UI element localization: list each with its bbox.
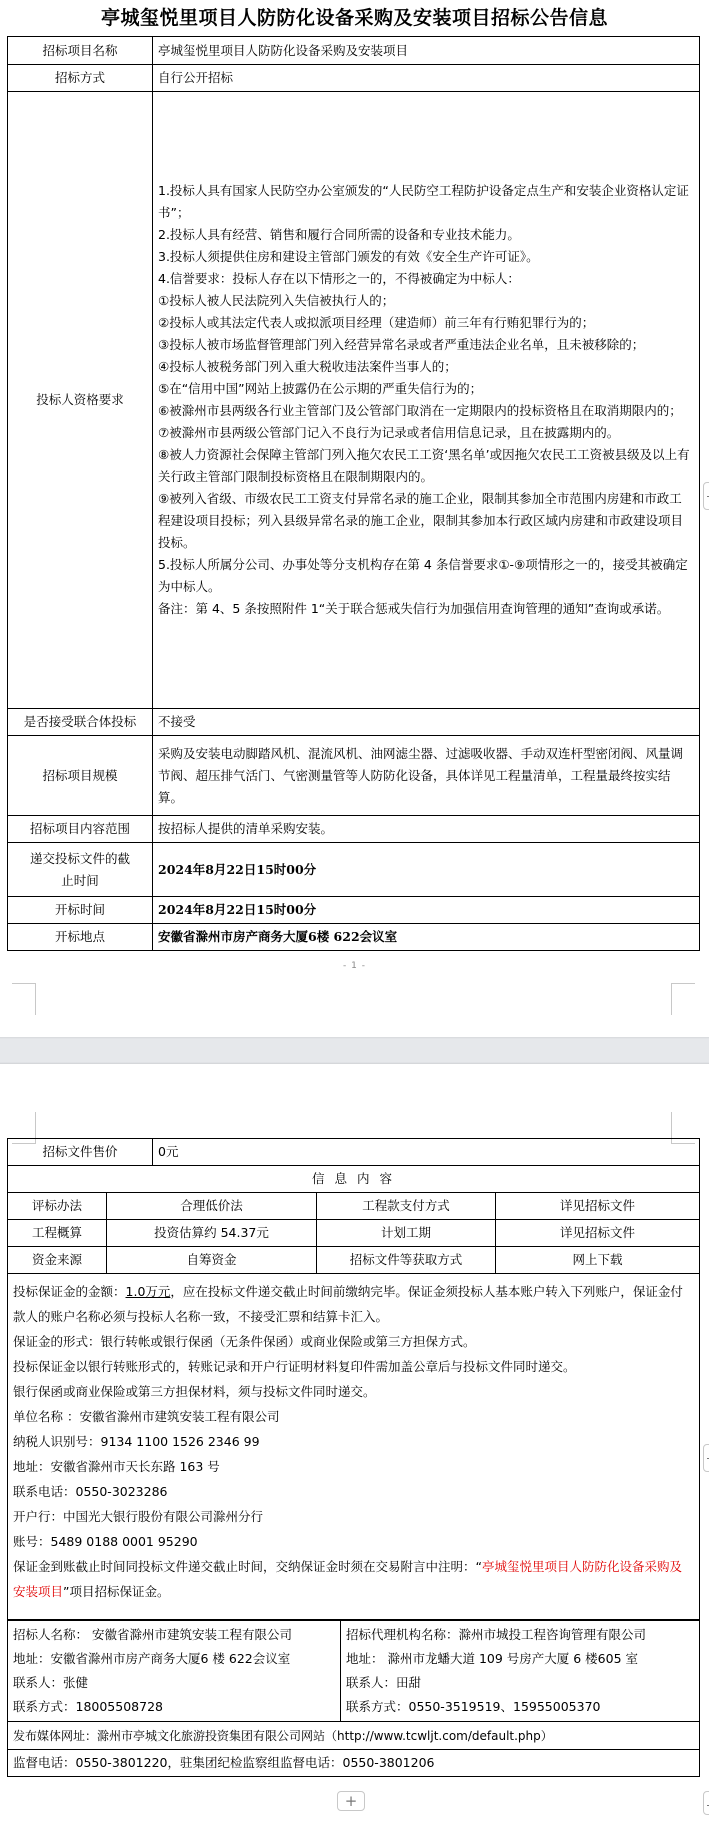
document-page-1: 亭城玺悦里项目人防防化设备采购及安装项目招标公告信息 招标项目名称 亭城玺悦里项…	[0, 0, 709, 1037]
page-number: - 1 -	[0, 961, 709, 971]
deposit-amount: 1.0万元	[126, 1284, 171, 1299]
page-corner-mark	[671, 983, 695, 1015]
qualification-line: ②投标人或其法定代表人或拟派项目经理（建造师）前三年有行贿犯罪行为的；	[158, 312, 694, 334]
deadline-label: 递交投标文件的截止时间	[8, 843, 153, 897]
page-separator	[0, 1037, 709, 1064]
row-value: 自行公开招标	[153, 65, 700, 92]
deposit-line: 单位名称 ：安徽省滁州市建筑安装工程有限公司	[13, 1404, 694, 1429]
info-cell: 网上下载	[496, 1247, 700, 1274]
qualification-line: ⑤在“信用中国”网站上披露仍在公示期的严重失信行为的；	[158, 378, 694, 400]
table-row: 工程概算 投资估算约 54.37元 计划工期 详见招标文件	[8, 1220, 700, 1247]
side-collapse-button[interactable]	[703, 1444, 709, 1472]
deposit-line: 保证金的形式：银行转帐或银行保函（无条件保函）或商业保险或第三方担保方式。	[13, 1329, 694, 1354]
deposit-line: 联系电话：0550-3023286	[13, 1479, 694, 1504]
tenderer-name: 招标人名称： 安徽省滁州市建筑安装工程有限公司	[13, 1623, 335, 1647]
table-row: 递交投标文件的截止时间 2024年8月22日15时00分	[8, 843, 700, 897]
side-collapse-button[interactable]	[703, 482, 709, 510]
deposit-note-prefix: 保证金到账截止时间同投标文件递交截止时间，交纳保证金时须在交易附言中注明：“	[13, 1559, 482, 1574]
deposit-line: 纳税人识别号：9134 1100 1526 2346 99	[13, 1429, 694, 1454]
info-cell: 资金来源	[8, 1247, 107, 1274]
tenderer-phone: 联系方式：18005508728	[13, 1695, 335, 1719]
publish-media: 发布媒体网址：滁州市亭城文化旅游投资集团有限公司网站（http://www.tc…	[8, 1722, 700, 1750]
qualification-label: 投标人资格要求	[8, 92, 153, 709]
consortium-value: 不接受	[153, 709, 700, 736]
opening-place-label: 开标地点	[8, 924, 153, 951]
table-row: 招标文件售价 0元	[8, 1139, 700, 1166]
deposit-line: 银行保函或商业保险或第三方担保材料，须与投标文件同时递交。	[13, 1379, 694, 1404]
qualification-line: ①投标人被人民法院列入失信被执行人的；	[158, 290, 694, 312]
qualification-line: ⑨被列入省级、市级农民工工资支付异常名录的施工企业，限制其参加全市范围内房建和市…	[158, 488, 694, 554]
info-cell: 详见招标文件	[496, 1193, 700, 1220]
supervision-phone: 监督电话：0550-3801220，驻集团纪检监察组监督电话：0550-3801…	[8, 1750, 700, 1777]
table-row: 投标人资格要求 1.投标人具有国家人民防空办公室颁发的“人民防空工程防护设备定点…	[8, 92, 700, 709]
scope-label: 招标项目内容范围	[8, 816, 153, 843]
info-cell: 工程概算	[8, 1220, 107, 1247]
info-cell: 自筹资金	[107, 1247, 317, 1274]
side-corner-button[interactable]	[703, 1791, 709, 1815]
qualification-line: 2.投标人具有经营、销售和履行合同所需的设备和专业技术能力。	[158, 224, 694, 246]
opening-time-value: 2024年8月22日15时00分	[153, 897, 700, 924]
price-label: 招标文件售价	[8, 1139, 153, 1166]
info-cell: 详见招标文件	[496, 1220, 700, 1247]
deposit-info: 投标保证金的金额：1.0万元，应在投标文件递交截止时间前缴纳完毕。保证金须投标人…	[8, 1274, 700, 1621]
agent-name: 招标代理机构名称：滁州市城投工程咨询管理有限公司	[346, 1623, 694, 1647]
document-page-2: 招标文件售价 0元 信 息 内 容 评标办法 合理低价法 工程款支付方式 详见招…	[0, 1064, 709, 1823]
consortium-label: 是否接受联合体投标	[8, 709, 153, 736]
deposit-note: 保证金到账截止时间同投标文件递交截止时间，交纳保证金时须在交易附言中注明：“亭城…	[13, 1554, 694, 1604]
scale-value: 采购及安装电动脚踏风机、混流风机、油网滤尘器、过滤吸收器、手动双连杆型密闭阀、风…	[153, 736, 700, 816]
table-row: 监督电话：0550-3801220，驻集团纪检监察组监督电话：0550-3801…	[8, 1750, 700, 1777]
qualification-line: ⑥被滁州市县两级各行业主管部门及公管部门取消在一定期限内的投标资格且在取消期限内…	[158, 400, 694, 422]
agent-contact: 招标代理机构名称：滁州市城投工程咨询管理有限公司 地址： 滁州市龙蟠大道 109…	[341, 1620, 700, 1722]
document-title: 亭城玺悦里项目人防防化设备采购及安装项目招标公告信息	[0, 3, 709, 30]
info-cell: 计划工期	[317, 1220, 496, 1247]
info-cell: 工程款支付方式	[317, 1193, 496, 1220]
contact-table: 招标人名称： 安徽省滁州市建筑安装工程有限公司 地址：安徽省滁州市房产商务大厦6…	[7, 1619, 700, 1777]
table-row: 开标地点 安徽省滁州市房产商务大厦6楼 622会议室	[8, 924, 700, 951]
tenderer-address: 地址：安徽省滁州市房产商务大厦6 楼 622会议室	[13, 1647, 335, 1671]
deadline-value: 2024年8月22日15时00分	[153, 843, 700, 897]
qualification-line: 4.信誉要求：投标人存在以下情形之一的，不得被确定为中标人：	[158, 268, 694, 290]
table-row: 是否接受联合体投标 不接受	[8, 709, 700, 736]
qualification-line: ④投标人被税务部门列入重大税收违法案件当事人的；	[158, 356, 694, 378]
tender-details-table: 招标文件售价 0元 信 息 内 容	[7, 1138, 700, 1193]
deposit-line: 地址：安徽省滁州市天长东路 163 号	[13, 1454, 694, 1479]
qualification-line: 5.投标人所属分公司、办事处等分支机构存在第 4 条信誉要求①-⑨项情形之一的，…	[158, 554, 694, 598]
row-label: 招标方式	[8, 65, 153, 92]
qualification-line: ⑧被人力资源社会保障主管部门列入拖欠农民工工资‘黑名单’或因拖欠农民工工资被县级…	[158, 444, 694, 488]
info-cell: 合理低价法	[107, 1193, 317, 1220]
table-row: 招标人名称： 安徽省滁州市建筑安装工程有限公司 地址：安徽省滁州市房产商务大厦6…	[8, 1620, 700, 1722]
info-cell: 评标办法	[8, 1193, 107, 1220]
table-row: 招标项目内容范围 按招标人提供的清单采购安装。	[8, 816, 700, 843]
table-row: 招标项目名称 亭城玺悦里项目人防防化设备采购及安装项目	[8, 37, 700, 65]
page-corner-mark	[12, 983, 36, 1015]
table-row: 评标办法 合理低价法 工程款支付方式 详见招标文件	[8, 1193, 700, 1220]
deposit-note-suffix: ”项目招标保证金。	[63, 1584, 169, 1599]
table-row: 信 息 内 容	[8, 1166, 700, 1193]
qualification-line: 备注：第 4、5 条按照附件 1“关于联合惩戒失信行为加强信用查询管理的通知”查…	[158, 598, 694, 620]
table-row: 投标保证金的金额：1.0万元，应在投标文件递交截止时间前缴纳完毕。保证金须投标人…	[8, 1274, 700, 1621]
qualification-value: 1.投标人具有国家人民防空办公室颁发的“人民防空工程防护设备定点生产和安装企业资…	[153, 92, 700, 709]
table-row: 招标项目规模 采购及安装电动脚踏风机、混流风机、油网滤尘器、过滤吸收器、手动双连…	[8, 736, 700, 816]
info-cell: 投资估算约 54.37元	[107, 1220, 317, 1247]
qualification-line: 3.投标人须提供住房和建设主管部门颁发的有效《安全生产许可证》。	[158, 246, 694, 268]
opening-time-label: 开标时间	[8, 897, 153, 924]
table-row: 开标时间 2024年8月22日15时00分	[8, 897, 700, 924]
deposit-table: 投标保证金的金额：1.0万元，应在投标文件递交截止时间前缴纳完毕。保证金须投标人…	[7, 1273, 700, 1621]
add-page-button[interactable]: +	[337, 1791, 365, 1811]
agent-phone: 联系方式：0550-3519519、15955005370	[346, 1695, 694, 1719]
deposit-amount-prefix: 投标保证金的金额：	[13, 1284, 126, 1299]
deposit-line: 投标保证金以银行转账形式的，转账记录和开户行证明材料复印件需加盖公章后与投标文件…	[13, 1354, 694, 1379]
price-value: 0元	[153, 1139, 700, 1166]
tender-info-table: 招标项目名称 亭城玺悦里项目人防防化设备采购及安装项目 招标方式 自行公开招标 …	[7, 36, 700, 951]
qualification-line: ③投标人被市场监督管理部门列入经营异常名录或者严重违法企业名单，且未被移除的；	[158, 334, 694, 356]
table-row: 招标方式 自行公开招标	[8, 65, 700, 92]
qualification-line: ⑦被滁州市县两级公管部门记入不良行为记录或者信用信息记录，且在披露期内的。	[158, 422, 694, 444]
row-value: 亭城玺悦里项目人防防化设备采购及安装项目	[153, 37, 700, 65]
tenderer-contact: 招标人名称： 安徽省滁州市建筑安装工程有限公司 地址：安徽省滁州市房产商务大厦6…	[8, 1620, 341, 1722]
deposit-amount-line: 投标保证金的金额：1.0万元，应在投标文件递交截止时间前缴纳完毕。保证金须投标人…	[13, 1279, 694, 1329]
info-grid-table: 评标办法 合理低价法 工程款支付方式 详见招标文件 工程概算 投资估算约 54.…	[7, 1192, 700, 1274]
scope-value: 按招标人提供的清单采购安装。	[153, 816, 700, 843]
row-label: 招标项目名称	[8, 37, 153, 65]
deposit-line: 账号：5489 0188 0001 95290	[13, 1529, 694, 1554]
deposit-line: 开户行：中国光大银行股份有限公司滁州分行	[13, 1504, 694, 1529]
opening-place-value: 安徽省滁州市房产商务大厦6楼 622会议室	[153, 924, 700, 951]
qualification-line: 1.投标人具有国家人民防空办公室颁发的“人民防空工程防护设备定点生产和安装企业资…	[158, 180, 694, 224]
info-section-header: 信 息 内 容	[8, 1166, 700, 1193]
table-row: 资金来源 自筹资金 招标文件等获取方式 网上下载	[8, 1247, 700, 1274]
table-row: 发布媒体网址：滁州市亭城文化旅游投资集团有限公司网站（http://www.tc…	[8, 1722, 700, 1750]
info-cell: 招标文件等获取方式	[317, 1247, 496, 1274]
agent-address: 地址： 滁州市龙蟠大道 109 号房产大厦 6 楼605 室	[346, 1647, 694, 1671]
tenderer-contact-person: 联系人：张健	[13, 1671, 335, 1695]
scale-label: 招标项目规模	[8, 736, 153, 816]
agent-contact-person: 联系人：田甜	[346, 1671, 694, 1695]
